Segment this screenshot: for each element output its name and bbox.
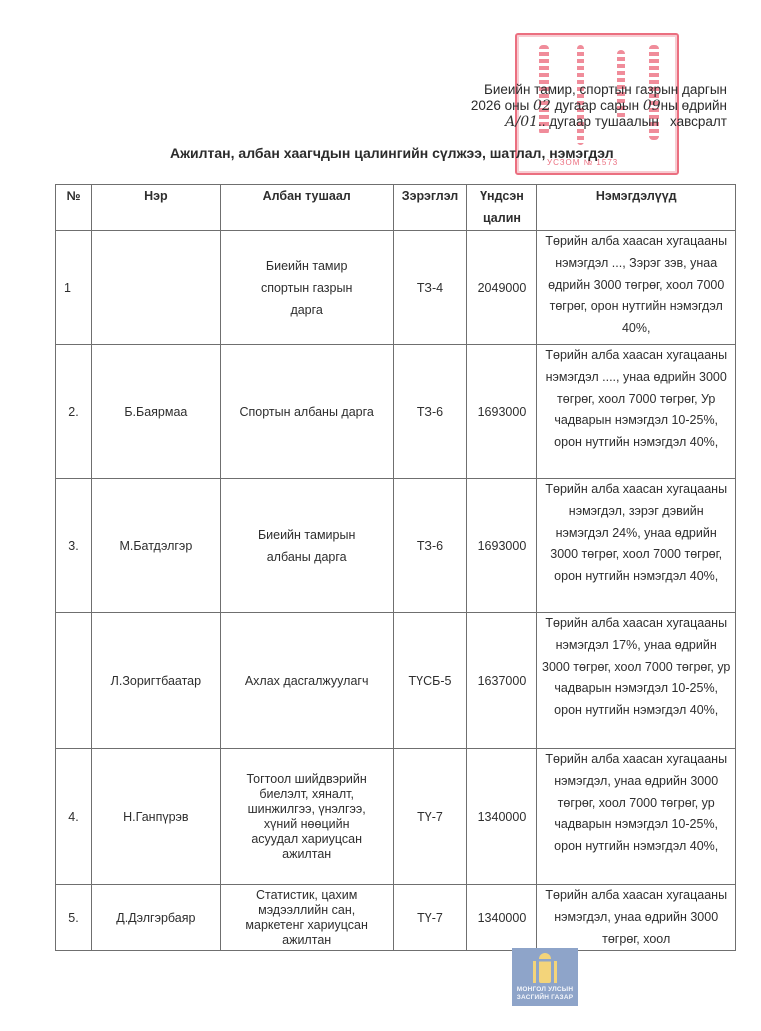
header-position: Албан тушаал: [220, 185, 393, 231]
header-num: №: [56, 185, 92, 231]
table-row: 2. Б.Баярмаа Спортын албаны дарга ТЗ-6 1…: [56, 345, 736, 479]
table-row: 1 Биеийн тамир спортын газрын дарга ТЗ-4…: [56, 231, 736, 345]
header-allowances: Нэмэгдэлүүд: [537, 185, 736, 231]
cell-num: [56, 613, 92, 749]
cell-num: 4.: [56, 749, 92, 885]
cell-position: Статистик, цахим мэдээллийн сан, маркете…: [220, 885, 393, 951]
cell-grade: ТЗ-6: [393, 479, 467, 613]
soyombo-emblem-icon: [539, 953, 551, 983]
cell-num: 1: [56, 231, 92, 345]
government-logo: МОНГОЛ УЛСЫН ЗАСГИЙН ГАЗАР: [512, 948, 578, 1006]
cell-allowances: Төрийн алба хаасан хугацааны нэмэгдэл ..…: [537, 345, 736, 479]
table-row: 4. Н.Ганпүрэв Тогтоол шийдвэрийн биелэлт…: [56, 749, 736, 885]
cell-grade: ТҮ-7: [393, 749, 467, 885]
table-header-row: № Нэр Албан тушаал Зэрэглэл Үндсэнцалин …: [56, 185, 736, 231]
cell-num: 5.: [56, 885, 92, 951]
cell-base-salary: 1340000: [467, 885, 537, 951]
cell-name: М.Батдэлгэр: [91, 479, 220, 613]
cell-grade: ТҮ-7: [393, 885, 467, 951]
handwritten-month: 02: [533, 98, 551, 114]
annex-line-2: 2026 оны 02 дугаар сарын 09ны өдрийн: [471, 98, 727, 114]
cell-position: Спортын албаны дарга: [220, 345, 393, 479]
cell-grade: ТҮСБ-5: [393, 613, 467, 749]
cell-allowances: Төрийн алба хаасан хугацааны нэмэгдэл, з…: [537, 479, 736, 613]
cell-name: Н.Ганпүрэв: [91, 749, 220, 885]
header-name: Нэр: [91, 185, 220, 231]
document-title: Ажилтан, албан хаагчдын цалингийн сүлжээ…: [170, 145, 614, 161]
cell-allowances: Төрийн алба хаасан хугацааны нэмэгдэл, у…: [537, 885, 736, 951]
table-row: 3. М.Батдэлгэр Биеийн тамирын албаны дар…: [56, 479, 736, 613]
cell-allowances: Төрийн алба хаасан хугацааны нэмэгдэл 17…: [537, 613, 736, 749]
cell-name: Д.Дэлгэрбаяр: [91, 885, 220, 951]
header-base-salary: Үндсэнцалин: [467, 185, 537, 231]
table-row: 5. Д.Дэлгэрбаяр Статистик, цахим мэдээлл…: [56, 885, 736, 951]
cell-allowances: Төрийн алба хаасан хугацааны нэмэгдэл ..…: [537, 231, 736, 345]
annex-line-3: А/01.. дугаар тушаалын хавсралт: [471, 114, 727, 130]
header-grade: Зэрэглэл: [393, 185, 467, 231]
government-logo-line-2: ЗАСГИЙН ГАЗАР: [517, 994, 574, 1002]
table-row: Л.Зоригтбаатар Ахлах дасгалжуулагч ТҮСБ-…: [56, 613, 736, 749]
header-base-salary-line1: Үндсэн: [480, 189, 524, 203]
salary-table: № Нэр Албан тушаал Зэрэглэл Үндсэнцалин …: [55, 184, 736, 951]
cell-position: Тогтоол шийдвэрийн биелэлт, хяналт, шинж…: [220, 749, 393, 885]
cell-name: [91, 231, 220, 345]
cell-base-salary: 1693000: [467, 345, 537, 479]
cell-base-salary: 1637000: [467, 613, 537, 749]
annex-day-text: ны өдрийн: [661, 98, 727, 113]
cell-base-salary: 1693000: [467, 479, 537, 613]
cell-position: Биеийн тамирын албаны дарга: [220, 479, 393, 613]
cell-allowances: Төрийн алба хаасан хугацааны нэмэгдэл, у…: [537, 749, 736, 885]
cell-name: Л.Зоригтбаатар: [91, 613, 220, 749]
annex-month-text: дугаар сарын: [551, 98, 643, 113]
cell-position: Биеийн тамир спортын газрын дарга: [220, 231, 393, 345]
header-base-salary-line2: цалин: [483, 211, 521, 225]
cell-base-salary: 2049000: [467, 231, 537, 345]
cell-num: 2.: [56, 345, 92, 479]
government-logo-line-1: МОНГОЛ УЛСЫН: [517, 986, 574, 994]
annex-reference: Биеийн тамир, спортын газрын даргын 2026…: [471, 82, 727, 130]
annex-year-text: 2026 оны: [471, 98, 533, 113]
annex-line-1: Биеийн тамир, спортын газрын даргын: [471, 82, 727, 98]
handwritten-day: 09: [643, 98, 661, 114]
annex-order-text: .. дугаар тушаалын хавсралт: [538, 114, 727, 129]
cell-name: Б.Баярмаа: [91, 345, 220, 479]
handwritten-order-number: А/01: [505, 114, 538, 130]
cell-grade: ТЗ-4: [393, 231, 467, 345]
cell-grade: ТЗ-6: [393, 345, 467, 479]
cell-num: 3.: [56, 479, 92, 613]
cell-base-salary: 1340000: [467, 749, 537, 885]
cell-position: Ахлах дасгалжуулагч: [220, 613, 393, 749]
